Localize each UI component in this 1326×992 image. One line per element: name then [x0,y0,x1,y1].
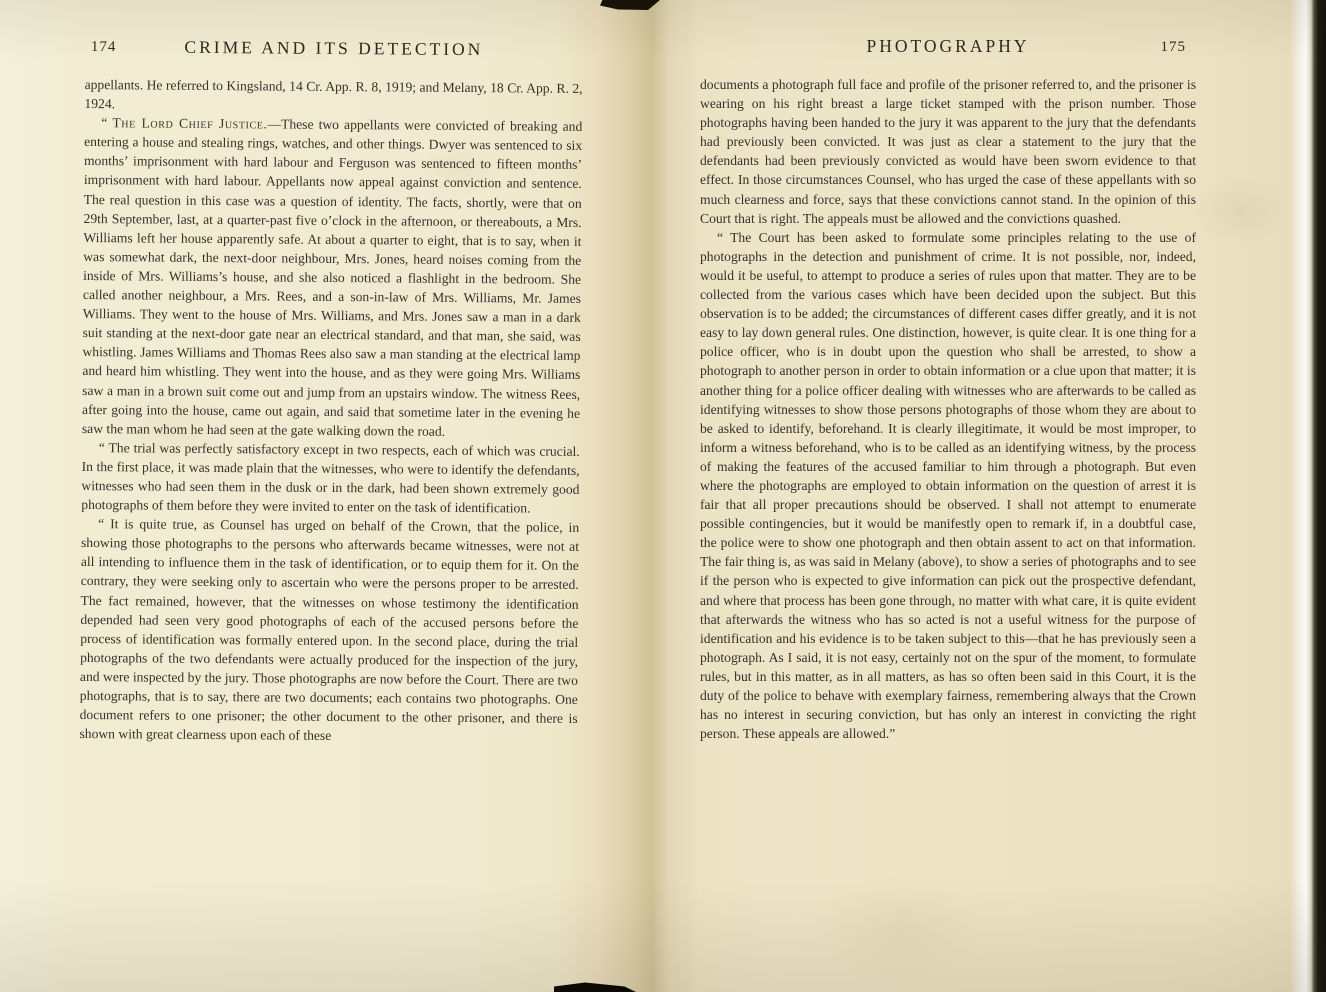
left-running-head: CRIME AND ITS DETECTION [85,36,583,61]
left-page-header: 174 CRIME AND ITS DETECTION [85,36,583,66]
left-page-body: appellants. He referred to Kingsland, 14… [79,75,582,747]
right-page-number: 175 [1161,39,1187,56]
right-running-head: PHOTOGRAPHY [700,36,1196,57]
paragraph: documents a photograph full face and pro… [700,75,1196,228]
paragraph: “ It is quite true, as Counsel has urged… [79,514,579,747]
paragraph: “ The trial was perfectly satisfactory e… [81,438,580,518]
paragraph: “ The Court has been asked to formulate … [700,228,1196,744]
binding-gap-top [600,0,660,10]
book-scan: 174 CRIME AND ITS DETECTION appellants. … [0,0,1326,992]
paragraph: “ The Lord Chief Justice.—These two appe… [82,113,583,441]
left-page: 174 CRIME AND ITS DETECTION appellants. … [79,36,583,747]
paragraph: appellants. He referred to Kingsland, 14… [84,75,582,117]
right-page-header: PHOTOGRAPHY 175 [700,36,1196,62]
right-page-body: documents a photograph full face and pro… [700,75,1196,743]
left-page-number: 174 [91,39,117,56]
right-page: PHOTOGRAPHY 175 documents a photograph f… [700,36,1196,743]
binding-gap-bottom [554,982,636,992]
